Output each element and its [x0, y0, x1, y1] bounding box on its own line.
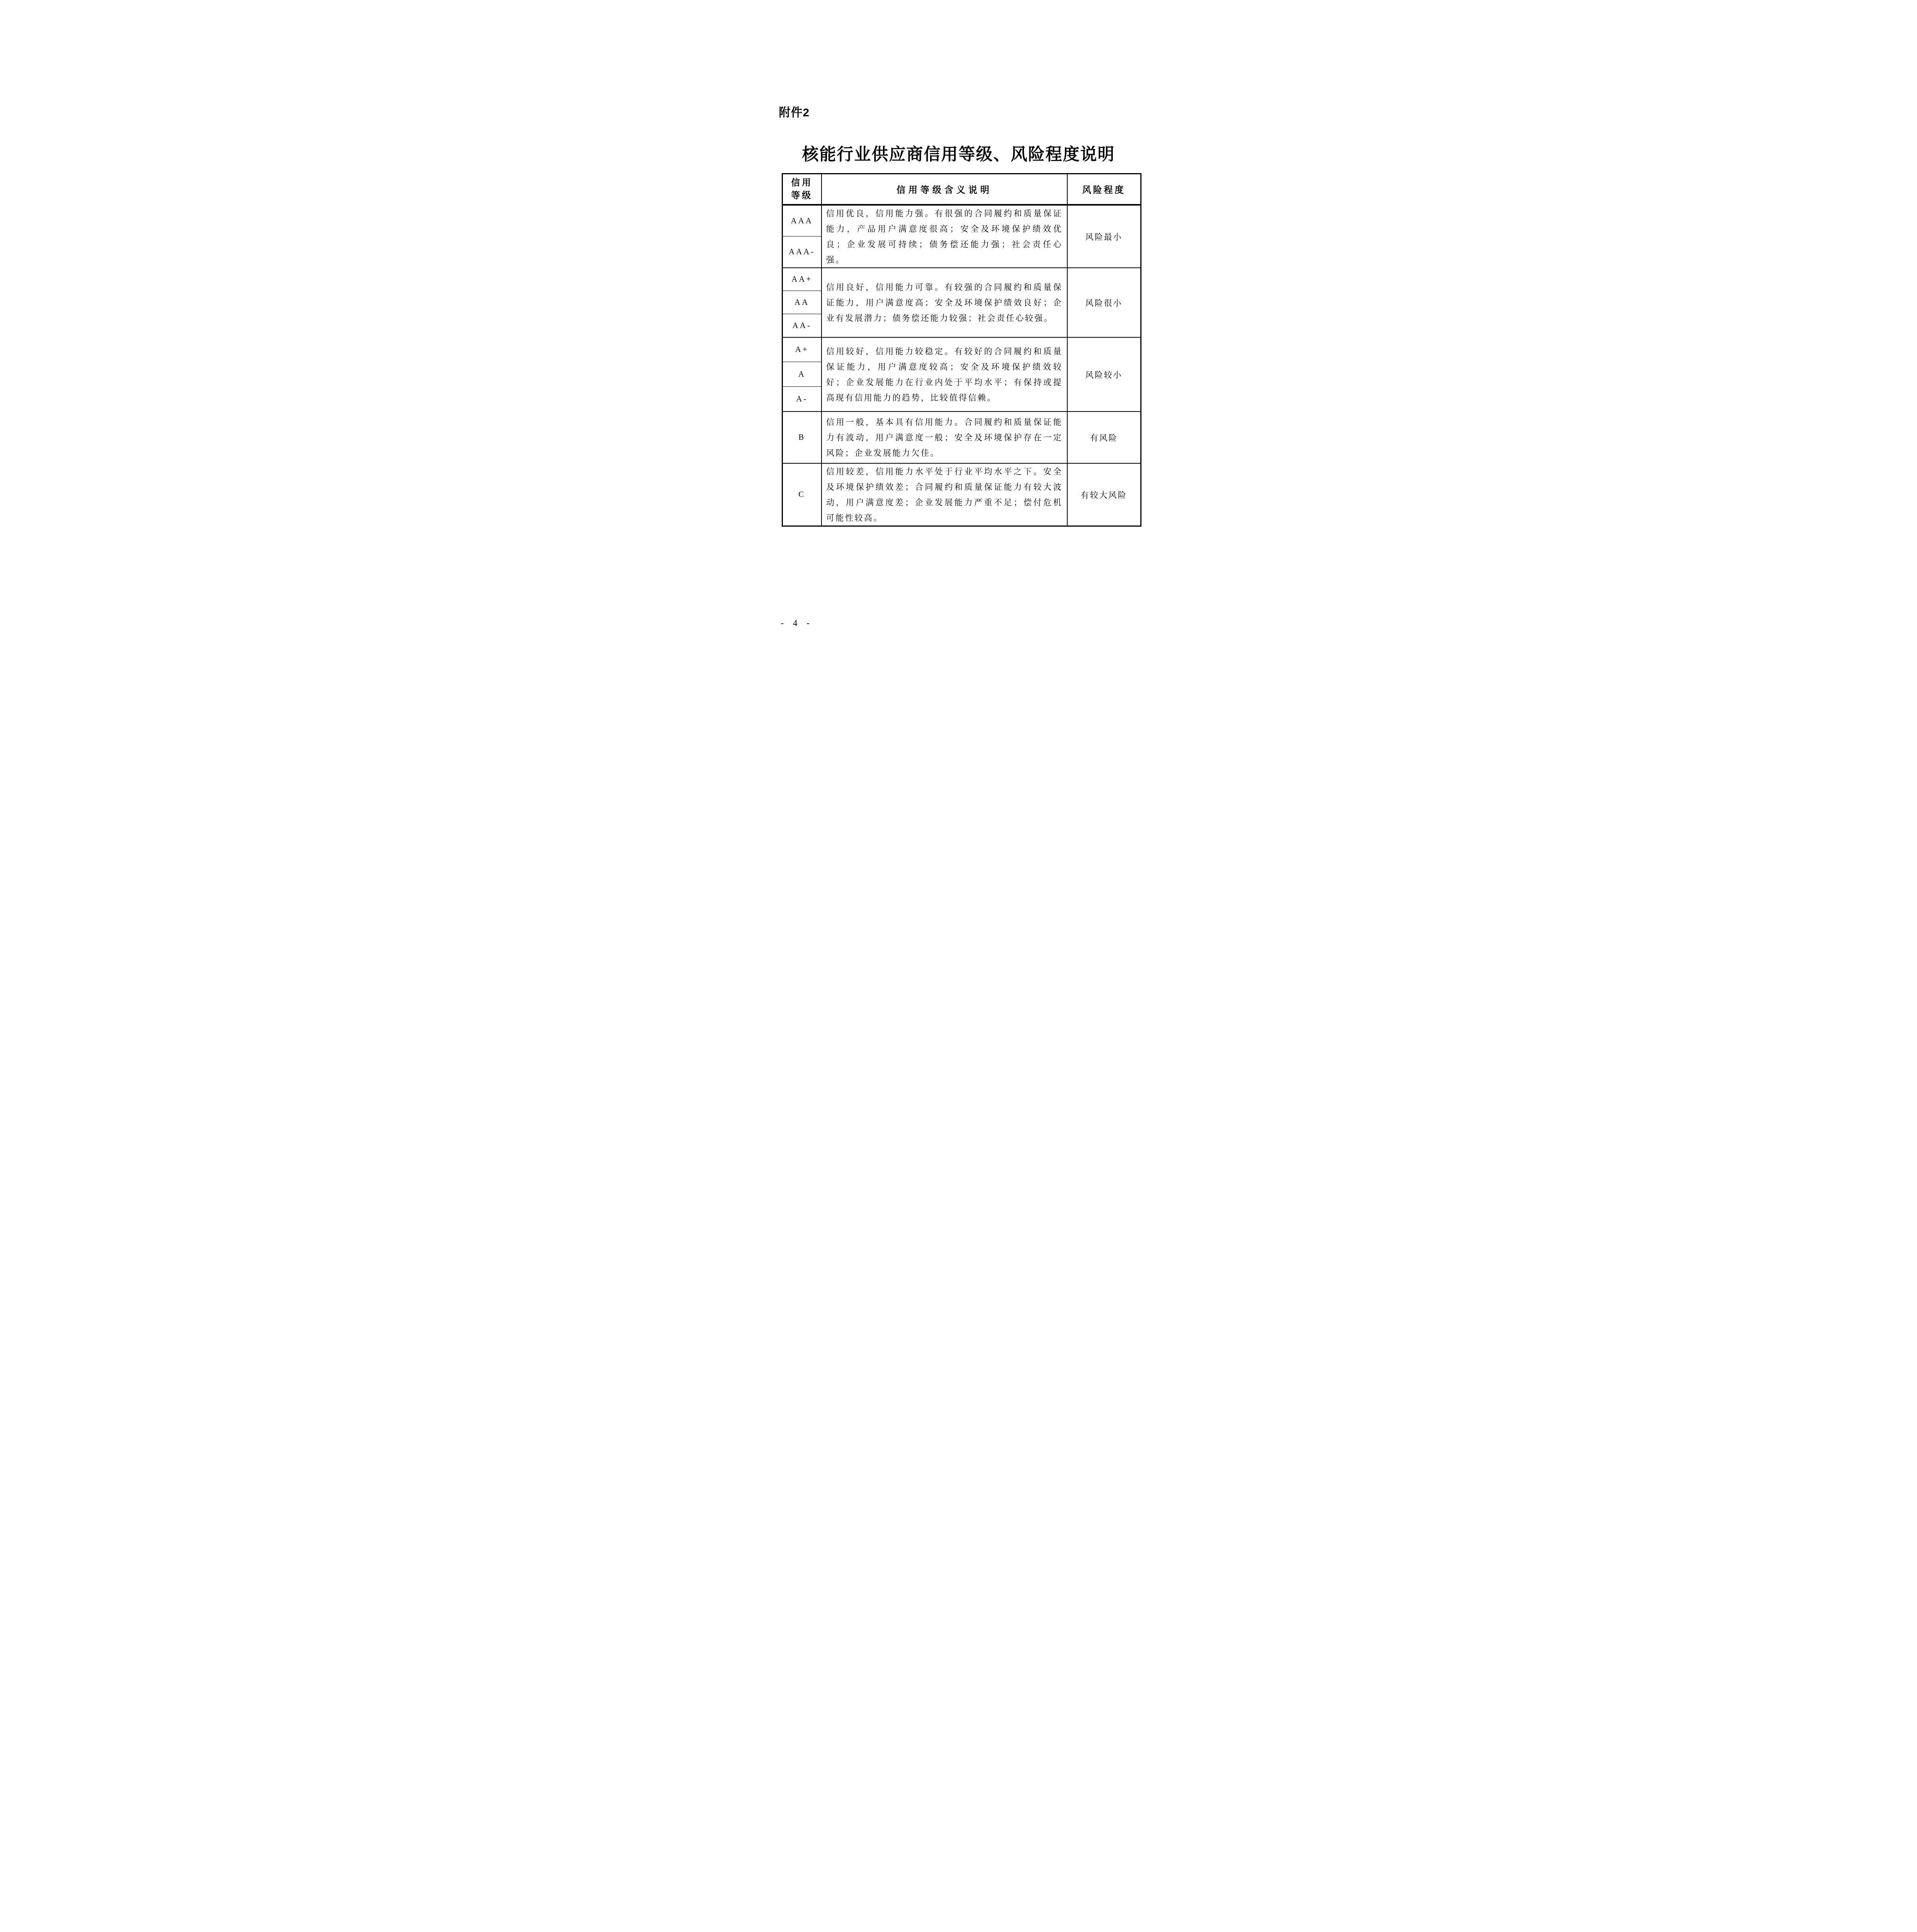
page-title: 核能行业供应商信用等级、风险程度说明: [719, 141, 1198, 165]
risk-cell-group-b: 有风险: [1067, 412, 1141, 463]
attachment-label: 附件2: [779, 103, 810, 120]
document-page: 附件2 核能行业供应商信用等级、风险程度说明 信用 等级 信用等级含义说明 风险…: [719, 0, 1198, 678]
table-row: AA+ 信用良好，信用能力可靠。有较强的合同履约和质量保证能力，用户满意度高；安…: [782, 268, 1141, 291]
description-cell-group-aa: 信用良好，信用能力可靠。有较强的合同履约和质量保证能力，用户满意度高；安全及环境…: [822, 268, 1067, 337]
rating-cell-b: B: [782, 412, 822, 463]
description-cell-group-aaa: 信用优良，信用能力强。有很强的合同履约和质量保证能力，产品用户满意度很高；安全及…: [822, 205, 1067, 268]
description-cell-group-c: 信用较差，信用能力水平处于行业平均水平之下。安全及环境保护绩效差；合同履约和质量…: [822, 463, 1067, 526]
table-row: C 信用较差，信用能力水平处于行业平均水平之下。安全及环境保护绩效差；合同履约和…: [782, 463, 1141, 526]
table-row: A+ 信用较好，信用能力较稳定。有较好的合同履约和质量保证能力，用户满意度较高；…: [782, 337, 1141, 362]
table-row: B 信用一般，基本具有信用能力。合同履约和质量保证能力有波动，用户满意度一般；安…: [782, 412, 1141, 463]
header-risk: 风险程度: [1067, 174, 1141, 205]
rating-cell-aaa: AAA: [782, 205, 822, 236]
credit-rating-table: 信用 等级 信用等级含义说明 风险程度 AAA 信用优良，信用能力强。有很强的合…: [782, 173, 1141, 527]
rating-cell-aa: AA: [782, 291, 822, 314]
rating-cell-a-plus: A+: [782, 337, 822, 362]
header-credit-rating-line2: 等级: [783, 189, 822, 202]
risk-cell-group-a: 风险较小: [1067, 337, 1141, 412]
risk-cell-group-aaa: 风险最小: [1067, 205, 1141, 268]
description-cell-group-b: 信用一般，基本具有信用能力。合同履约和质量保证能力有波动，用户满意度一般；安全及…: [822, 412, 1067, 463]
description-cell-group-a: 信用较好，信用能力较稳定。有较好的合同履约和质量保证能力，用户满意度较高；安全及…: [822, 337, 1067, 412]
rating-cell-aa-minus: AA-: [782, 314, 822, 337]
rating-cell-aa-plus: AA+: [782, 268, 822, 291]
rating-cell-a-minus: A-: [782, 387, 822, 412]
header-credit-rating: 信用 等级: [782, 174, 822, 205]
table-row: AAA 信用优良，信用能力强。有很强的合同履约和质量保证能力，产品用户满意度很高…: [782, 205, 1141, 236]
table-header-row: 信用 等级 信用等级含义说明 风险程度: [782, 174, 1141, 205]
risk-cell-group-c: 有较大风险: [1067, 463, 1141, 526]
header-description: 信用等级含义说明: [822, 174, 1067, 205]
header-credit-rating-line1: 信用: [783, 176, 822, 189]
page-number: - 4 -: [781, 618, 813, 628]
rating-cell-aaa-minus: AAA-: [782, 236, 822, 268]
rating-cell-a: A: [782, 362, 822, 387]
risk-cell-group-aa: 风险很小: [1067, 268, 1141, 337]
rating-cell-c: C: [782, 463, 822, 526]
